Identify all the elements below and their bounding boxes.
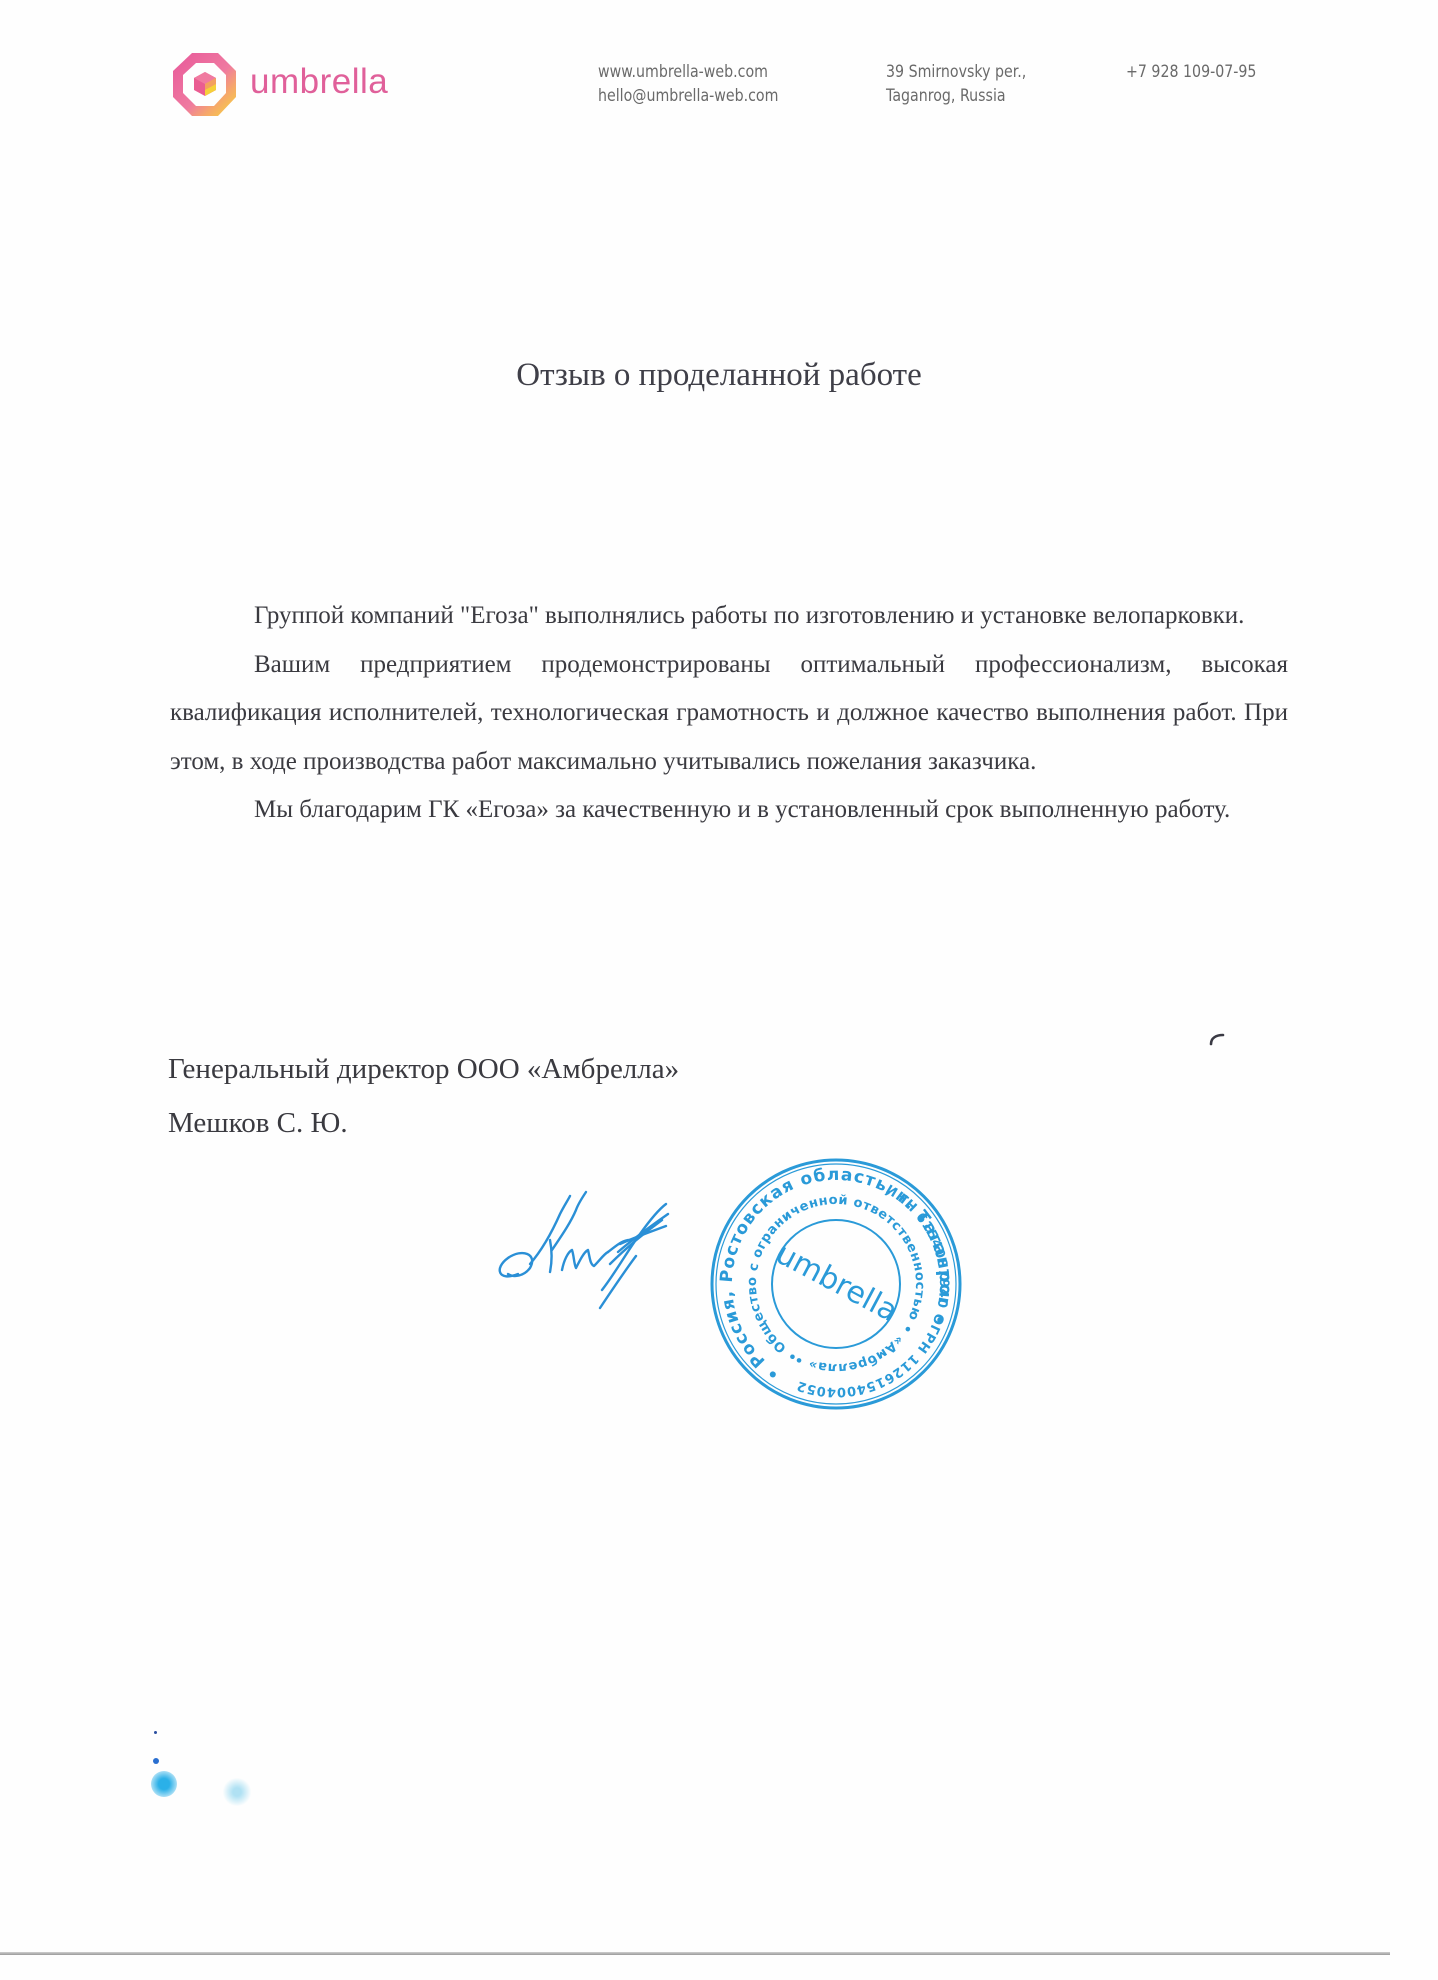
ink-stain [154, 1731, 157, 1734]
letter-body: Группой компаний "Егоза" выполнялись раб… [170, 592, 1288, 835]
logo-wordmark: umbrella [250, 62, 388, 102]
signatory-position: Генеральный директор ООО «Амбрелла» [168, 1042, 679, 1096]
contact-phone: +7 928 109-07-95 [1126, 60, 1256, 84]
handwritten-signature [490, 1180, 700, 1310]
letter-page: umbrella www.umbrella-web.com hello@umbr… [0, 0, 1438, 1980]
paragraph: Мы благодарим ГК «Егоза» за качественную… [170, 786, 1288, 835]
scan-edge-line [0, 1952, 1390, 1955]
signatory-name: Мешков С. Ю. [168, 1096, 679, 1150]
document-title: Отзыв о проделанной работе [0, 357, 1438, 394]
company-stamp: • Россия, Ростовская область, г. Таганро… [706, 1154, 966, 1414]
stamp-center-logo: umbrella [770, 1236, 903, 1329]
ink-stain [151, 1771, 177, 1797]
ink-stain [222, 1778, 252, 1806]
ink-stain [153, 1758, 159, 1764]
contact-address-block: 39 Smirnovsky per., Taganrog, Russia [886, 60, 1026, 108]
website-link: www.umbrella-web.com [598, 60, 778, 84]
signatory-block: Генеральный директор ООО «Амбрелла» Мешк… [168, 1042, 679, 1150]
company-logo: umbrella [170, 50, 380, 122]
email-link: hello@umbrella-web.com [598, 84, 778, 108]
pen-mark [1208, 1032, 1228, 1046]
address-line-1: 39 Smirnovsky per., [886, 60, 1026, 84]
paragraph: Группой компаний "Егоза" выполнялись раб… [170, 592, 1288, 641]
address-line-2: Taganrog, Russia [886, 84, 1026, 108]
paragraph: Вашим предприятием продемонстрированы оп… [170, 641, 1288, 787]
contact-web-block: www.umbrella-web.com hello@umbrella-web.… [598, 60, 778, 108]
umbrella-octagon-logo-icon [170, 50, 240, 120]
